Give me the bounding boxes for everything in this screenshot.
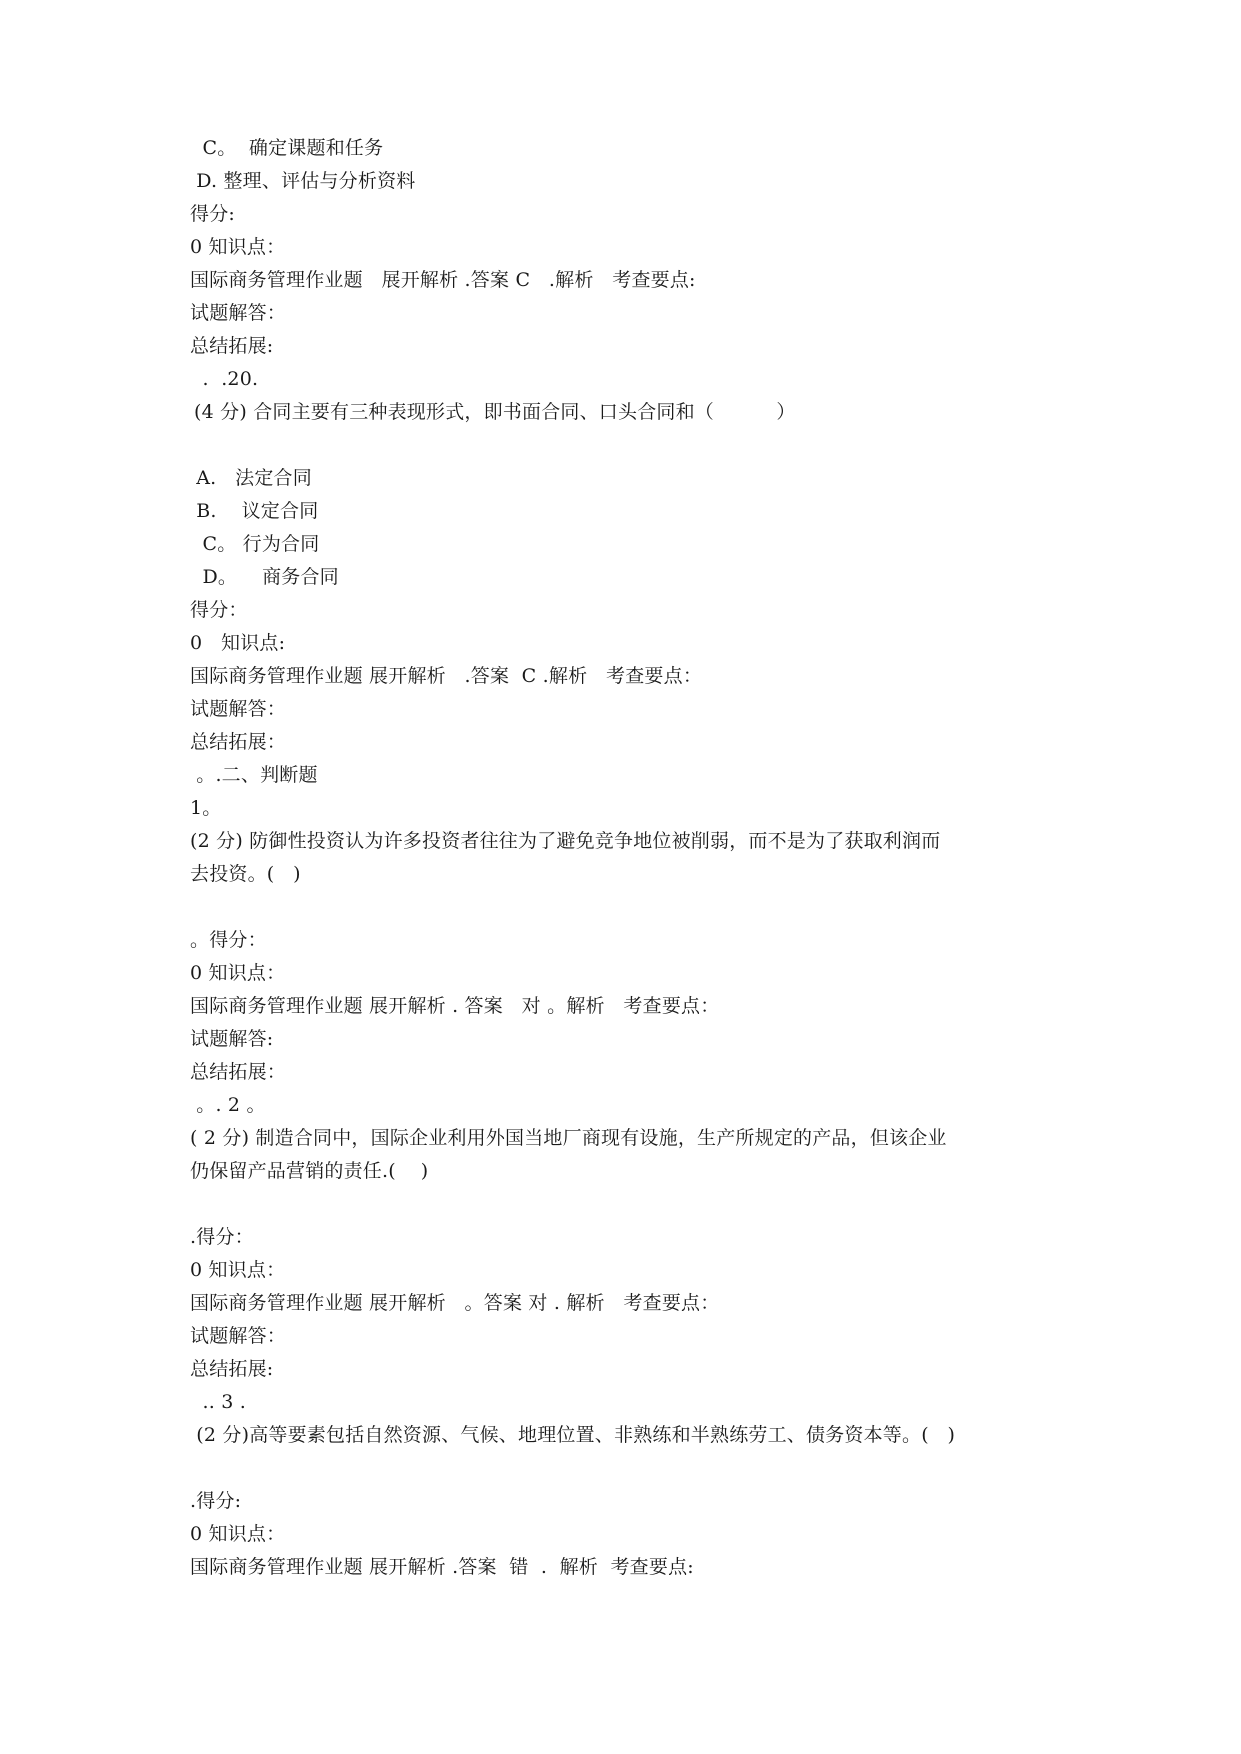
document-text-line: 0 知识点：	[190, 1258, 285, 1282]
document-text-line: D。 商务合同	[190, 565, 339, 589]
document-text-line: 0 知识点：	[190, 1522, 285, 1546]
document-text-line: C。 行为合同	[190, 532, 319, 556]
document-text-line: .. 3 .	[190, 1390, 246, 1414]
document-text-line: B. 议定合同	[190, 499, 318, 523]
document-text-line: 。.二、判断题	[190, 763, 318, 787]
document-text-line: 总结拓展：	[190, 1060, 286, 1084]
document-text-line: 仍保留产品营销的责任.( )	[190, 1159, 428, 1183]
document-text-line: . .20.	[190, 367, 258, 391]
document-text-line: 得分：	[190, 598, 248, 622]
document-text-line: 去投资。( )	[190, 862, 301, 886]
document-text-line: .得分：	[190, 1225, 254, 1249]
document-text-line: 0 知识点：	[190, 961, 285, 985]
document-text-line: 试题解答：	[190, 301, 286, 325]
document-text-line: (2 分) 防御性投资认为许多投资者往往为了避免竞争地位被削弱，而不是为了获取利…	[190, 829, 940, 853]
document-text-line: 。. 2 。	[190, 1093, 266, 1117]
document-text-line: 总结拓展：	[190, 730, 286, 754]
document-text-line: 总结拓展:	[190, 334, 273, 358]
document-page: C。 确定课题和任务 D. 整理、评估与分析资料得分:0 知识点：国际商务管理作…	[0, 0, 1241, 1754]
document-text-line: 得分:	[190, 202, 235, 226]
document-text-line: ( 2 分) 制造合同中，国际企业利用外国当地厂商现有设施，生产所规定的产品，但…	[190, 1126, 947, 1150]
document-text-line: D. 整理、评估与分析资料	[190, 169, 415, 193]
document-text-line: A. 法定合同	[190, 466, 312, 490]
document-text-line: 试题解答：	[190, 697, 286, 721]
document-text-line: 国际商务管理作业题 展开解析 。答案 对 . 解析 考查要点：	[190, 1291, 719, 1315]
document-text-line: (2 分)高等要素包括自然资源、气候、地理位置、非熟练和半熟练劳工、债务资本等。…	[190, 1423, 955, 1447]
document-text-line: 0 知识点:	[190, 631, 285, 655]
document-text-line: .得分:	[190, 1489, 241, 1513]
document-text-line: 试题解答：	[190, 1324, 286, 1348]
document-text-line: 国际商务管理作业题 展开解析 .答案 C .解析 考查要点:	[190, 268, 696, 292]
document-text-line: 0 知识点：	[190, 235, 285, 259]
document-text-line: C。 确定课题和任务	[190, 136, 383, 160]
document-text-line: 总结拓展:	[190, 1357, 273, 1381]
document-text-line: (4 分) 合同主要有三种表现形式，即书面合同、口头合同和（ ）	[194, 400, 796, 424]
document-text-line: 国际商务管理作业题 展开解析 .答案 C .解析 考查要点：	[190, 664, 702, 688]
document-text-line: 。得分：	[190, 928, 267, 952]
document-text-line: 试题解答:	[190, 1027, 273, 1051]
document-text-line: 国际商务管理作业题 展开解析 .答案 错 . 解析 考查要点:	[190, 1555, 694, 1579]
document-text-line: 国际商务管理作业题 展开解析 . 答案 对 。解析 考查要点：	[190, 994, 719, 1018]
document-text-line: 1。	[190, 796, 222, 820]
